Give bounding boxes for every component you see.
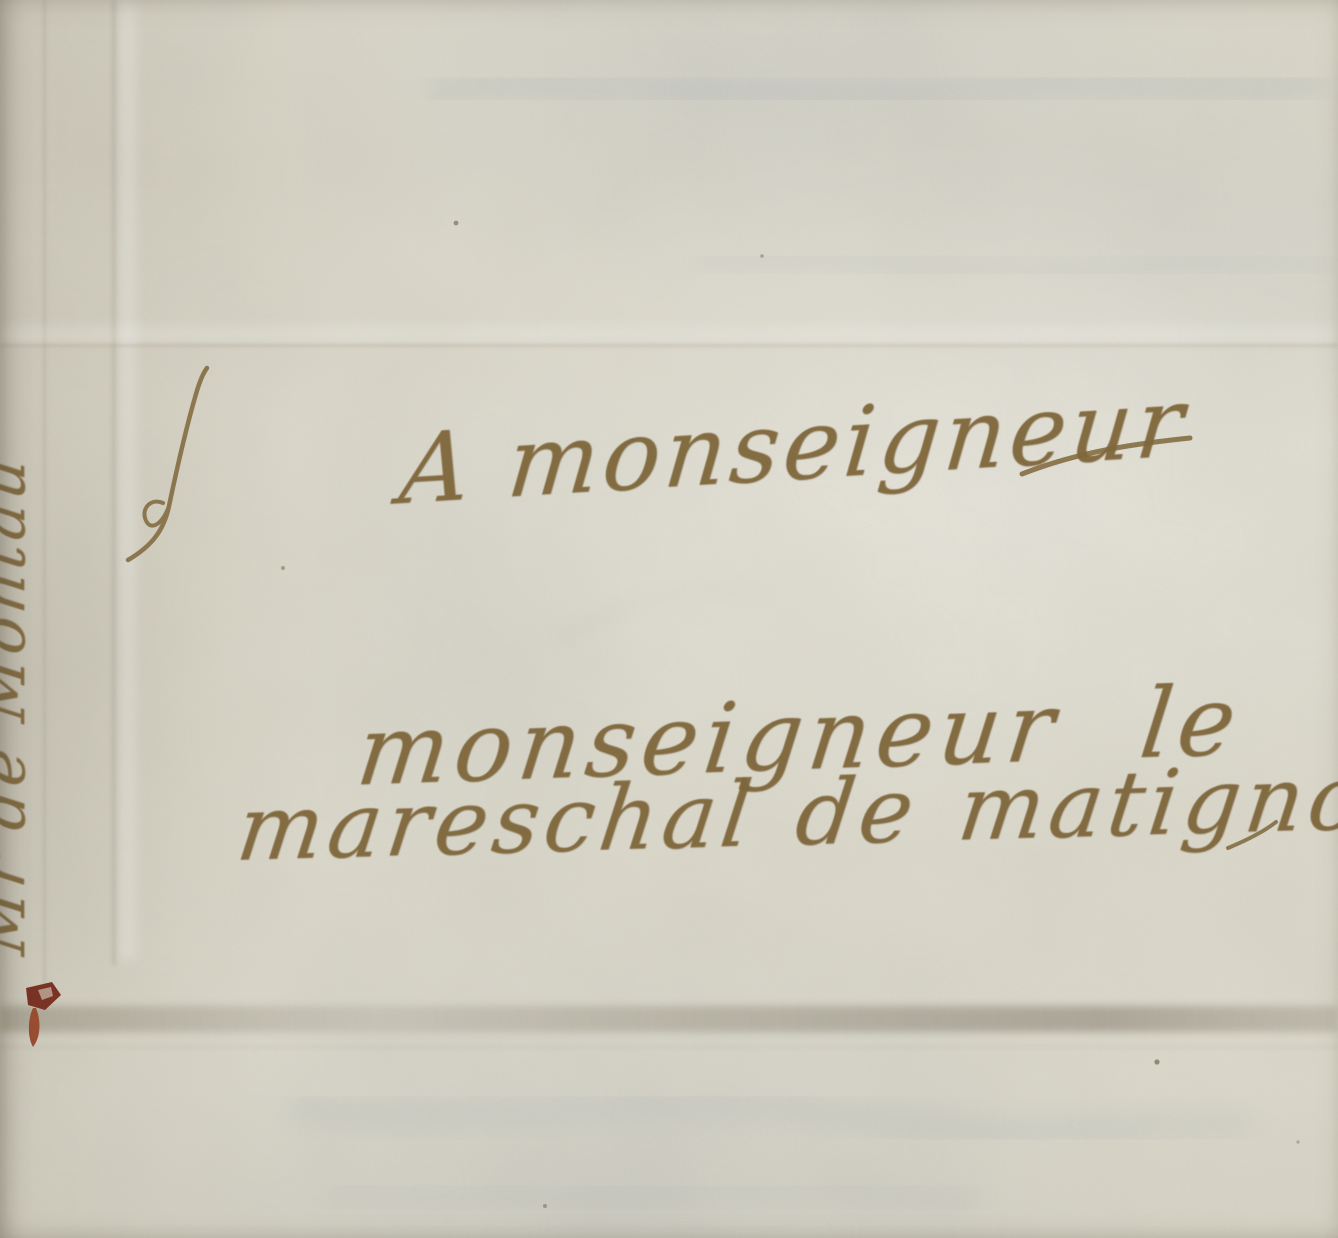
wax-seal-highlight (38, 987, 53, 1000)
showthrough-mark-top-2 (700, 259, 1330, 270)
wax-seal-drip (29, 1008, 40, 1047)
address-line-1-text: A monseigneur (395, 366, 1191, 527)
fold-dirt-band-lower (0, 1006, 1338, 1032)
speck (1296, 1140, 1299, 1143)
paper-edge-vignette (0, 0, 1338, 1238)
wax-seal-fragment (26, 982, 61, 1010)
fold-crease-vertical-highlight (120, 0, 136, 960)
address-line-1: A monseigneur (396, 374, 1191, 519)
ink-details (0, 0, 1338, 1238)
speck (281, 566, 285, 570)
showthrough-mark-top-1 (430, 82, 1325, 96)
showthrough-mark-bottom-2 (330, 1190, 980, 1205)
speck (543, 1204, 547, 1208)
speck (760, 254, 764, 258)
ink-flourish-marginal-tail (128, 368, 207, 560)
showthrough-mark-mid (560, 589, 770, 640)
marginal-inscription-text: Mr de Montau (0, 450, 39, 958)
speck (1154, 1059, 1159, 1064)
ink-flourish-marginal-loop (144, 502, 169, 526)
mottle-layer (0, 0, 1338, 1238)
marginal-inscription: Mr de Montau (0, 494, 92, 965)
fold-crease-horizontal-upper (0, 344, 1338, 347)
manuscript-letter-photo: A monseigneur monseigneur le mareschal d… (0, 0, 1338, 1238)
grain-layer (0, 0, 1338, 1238)
speck (454, 221, 459, 226)
wax-seal-remnant (26, 982, 61, 1047)
fold-crease-vertical (112, 0, 116, 965)
showthrough-mark-bottom-1 (290, 1105, 1250, 1132)
showthrough-stains (0, 0, 1338, 1238)
paper-texture (0, 0, 1338, 1238)
paper-shading (0, 0, 1338, 1238)
fold-crease-horizontal-lower (0, 1046, 1338, 1048)
fold-crease-horizontal-highlight (0, 326, 1338, 342)
